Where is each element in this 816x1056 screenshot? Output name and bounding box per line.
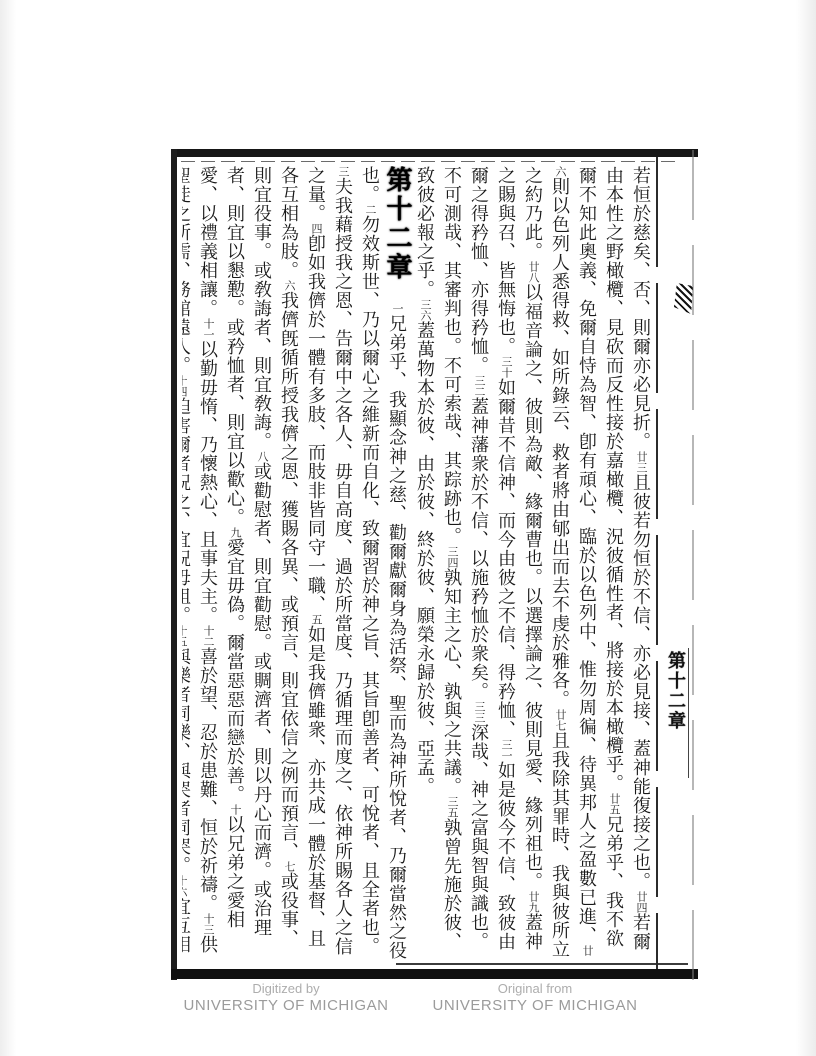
scan-edge-shadow-right [796,0,816,1056]
scripture-text: 蓋神藩衆於不信、以施矜恤於衆矣。 [469,397,489,701]
scripture-text: 以福音論之、彼則為敵、緣爾曹也。以選擇論之、彼則見愛、緣列祖也。 [523,283,543,891]
verse-number: 三六 [419,299,431,321]
verse-number: 十二 [202,625,214,647]
verse-number: 廿三 [635,451,647,473]
scripture-text: 蓋萬物本於彼、由於彼、終於彼、願榮永歸於彼、亞孟。 [415,321,435,796]
scan-edge-shadow-left [0,0,16,1056]
verse-number: 三四 [446,546,458,568]
frame-left-border [171,149,177,980]
verse-number: 七 [283,861,295,872]
verse-number: 六 [283,280,295,291]
scripture-text: 如爾昔不信神、而今由彼之不信、得矜恤、 [496,378,516,739]
romans-12-text-block: 第十二章 一兄弟乎、我顯念神之慈、勸爾獻爾身為活祭、聖而為神所悅者、乃爾當然之役… [182,166,411,960]
footer-digitized-line2: UNIVERSITY OF MICHIGAN [168,997,404,1015]
scripture-text: 且彼若勿恒於不信、亦必見接、蓋神能復接之也。 [631,473,651,891]
footer-digitized-line1: Digitized by [168,981,404,997]
verse-number: 三一 [500,739,512,761]
verse-number: 廿八 [527,261,539,283]
scripture-text: 若恒於慈矣、否、則爾亦必見折。 [631,166,651,451]
scripture-text: 勿效斯世、乃以爾心之維新而自化、致爾習於神之旨、其旨卽善者、可悅者、且全者也。 [360,215,380,956]
verse-number: 三十 [500,356,512,378]
verse-number: 九 [229,527,241,538]
verse-number: 三五 [446,796,458,818]
ink-stamp-artifact [674,283,693,314]
verse-number: 三三 [473,701,485,723]
romans-11-text-block: 若恒於慈矣、否、則爾亦必見折。廿三且彼若勿恒於不信、亦必見接、蓋神能復接之也。廿… [411,166,654,960]
verse-number: 十一 [202,318,214,340]
frame-top-inner-line [181,161,681,162]
footer-original-line1: Original from [412,981,658,997]
scripture-text: 孰知主之心、孰與之共議。 [442,568,462,796]
scripture-text: 卽如我儕於一體有多肢、而肢非皆同守一職、 [306,234,326,614]
chapter-heading: 第十二章 [383,166,412,282]
frame-top-border [171,149,698,157]
scripture-text: 愛宜毋偽。爾當惡惡而戀於善。 [225,538,245,804]
scanned-book-page: { "colors": { "ink": "#161616", "footer_… [0,0,816,1056]
verse-number: 十三 [202,913,214,935]
footer-original-line2: UNIVERSITY OF MICHIGAN [412,997,658,1015]
margin-separator-line [656,157,658,969]
verse-number: 三 [337,166,349,177]
margin-chapter-label: 第十二章 [661,651,691,773]
scripture-text: 喜於望、忍於患難、恒於祈禱。 [198,647,218,913]
verse-number: 一 [391,303,403,314]
verse-number: 八 [256,451,268,462]
frame-right-outer-line [692,150,694,980]
verse-number: 廿九 [527,891,539,913]
verse-number: 二 [364,204,376,215]
verse-number: 廿七 [554,709,566,731]
verse-number: 廿四 [635,891,647,913]
verse-number: 三二 [473,375,485,397]
verse-number: 五 [310,614,322,625]
verse-number: 十 [229,804,241,815]
frame-bottom-border [171,969,698,979]
footer-digitized: Digitized by UNIVERSITY OF MICHIGAN [168,981,404,1015]
verse-number: 十五 [182,625,187,647]
scripture-text: 與樂者同樂、與哭者同哭。 [182,647,191,875]
verse-number: 十六 [182,875,187,897]
frame-bottom-inner-line [396,963,688,965]
verse-number: 廿五 [608,793,620,815]
scripture-text: 我儕旣循所授我儕之恩、獲賜各異、或預言、則宜依信之例而預言、 [279,291,299,861]
scripture-text: 則以色列人悉得救、如所錄云、救者將由郇出而去不虔於雅各。 [550,177,570,709]
scripture-text: 以勤毋惰、乃懷熱心、且事夫主。 [198,340,218,625]
footer-original: Original from UNIVERSITY OF MICHIGAN [412,981,658,1015]
margin-label-rule [688,648,689,778]
scripture-flow: 若恒於慈矣、否、則爾亦必見折。廿三且彼若勿恒於不信、亦必見接、蓋神能復接之也。廿… [182,166,654,960]
scripture-text: 迫害爾者祝之、宜祝毋詛。 [182,397,191,625]
verse-number: 四 [310,223,322,234]
verse-number: 十四 [182,375,187,397]
